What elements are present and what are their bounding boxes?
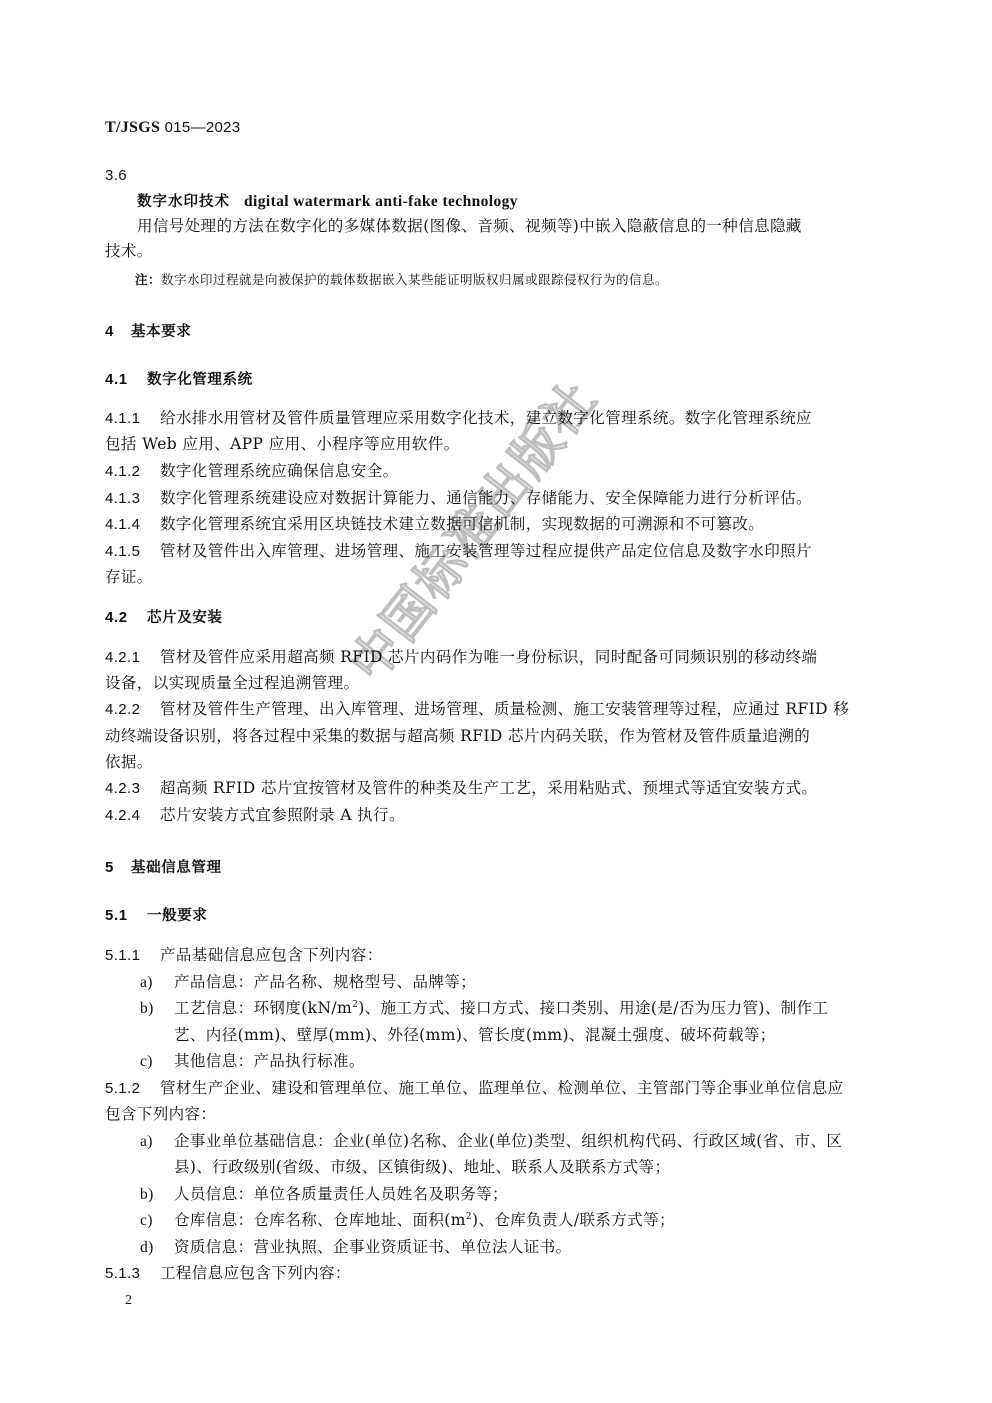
subsection-title: 数字化管理系统 — [147, 372, 253, 388]
clause-text: 给水排水用管材及管件质量管理应采用数字化技术，建立数字化管理系统。数字化管理系统… — [160, 409, 812, 427]
list-text-post: )、施工方式、接口方式、接口类别、用途(是/否为压力管)、制作工 — [358, 999, 828, 1017]
clause-5-1-2: 5.1.2管材生产企业、建设和管理单位、施工单位、监理单位、检测单位、主管部门等… — [105, 1078, 844, 1099]
clause-number: 4.2.4 — [105, 806, 160, 826]
clause-5-1-2-cont: 包含下列内容： — [105, 1104, 216, 1124]
clause-text: 工程信息应包含下列内容： — [160, 1264, 351, 1282]
clause-4-2-1-cont: 设备，以实现质量全过程追溯管理。 — [105, 673, 359, 693]
subsection-number: 5.1 — [105, 906, 147, 926]
clause-4-1-5-cont: 存证。 — [105, 567, 153, 587]
term-definition-line1: 用信号处理的方法在数字化的多媒体数据(图像、音频、视频等)中嵌入隐蔽信息的一种信… — [137, 216, 802, 236]
clause-text: 管材及管件出入库管理、进场管理、施工安装管理等过程应提供产品定位信息及数字水印照… — [160, 542, 812, 560]
subsection-title: 芯片及安装 — [147, 610, 223, 626]
clause-number: 5.1.2 — [105, 1079, 160, 1099]
standard-prefix: T/JSGS — [105, 119, 160, 136]
list-text: 人员信息：单位各质量责任人员姓名及职务等； — [174, 1185, 508, 1203]
list-marker: c) — [140, 1052, 174, 1072]
list-item-5-1-2-a: a)企事业单位基础信息：企业(单位)名称、企业(单位)类型、组织机构代码、行政区… — [140, 1131, 842, 1152]
clause-number: 4.2.2 — [105, 700, 160, 720]
list-marker: a) — [140, 973, 174, 993]
list-item-5-1-1-b-cont: 艺、内径(mm)、壁厚(mm)、外径(mm)、管长度(mm)、混凝土强度、破坏荷… — [174, 1025, 776, 1045]
clause-number: 4.2.1 — [105, 648, 160, 668]
clause-4-1-4: 4.1.4数字化管理系统宜采用区块链技术建立数据可信机制，实现数据的可溯源和不可… — [105, 514, 764, 535]
section-heading-5: 5基础信息管理 — [105, 858, 222, 878]
clause-4-1-2: 4.1.2数字化管理系统应确保信息安全。 — [105, 461, 399, 482]
list-marker: a) — [140, 1132, 174, 1152]
clause-4-2-1: 4.2.1管材及管件应采用超高频 RFID 芯片内码作为唯一身份标识，同时配备可… — [105, 647, 817, 668]
clause-number: 4.1.2 — [105, 462, 160, 482]
page-number: 2 — [125, 1293, 132, 1309]
clause-number: 5.1.3 — [105, 1264, 160, 1284]
subsection-heading-4-1: 4.1数字化管理系统 — [105, 370, 253, 390]
clause-text: 管材生产企业、建设和管理单位、施工单位、监理单位、检测单位、主管部门等企事业单位… — [160, 1079, 844, 1097]
term-en: digital watermark anti-fake technology — [244, 193, 518, 210]
clause-text: 数字化管理系统应确保信息安全。 — [160, 462, 399, 480]
clause-5-1-1: 5.1.1产品基础信息应包含下列内容： — [105, 945, 383, 966]
standard-number: 015—2023 — [165, 119, 241, 136]
document-page: 中国标准出版社 T/JSGS 015—2023 3.6 数字水印技术digita… — [0, 0, 992, 1403]
clause-text: 超高频 RFID 芯片宜按管材及管件的种类及生产工艺，采用粘贴式、预埋式等适宜安… — [160, 779, 817, 797]
clause-4-2-4: 4.2.4芯片安装方式宜参照附录 A 执行。 — [105, 805, 405, 826]
list-item-5-1-1-a: a)产品信息：产品名称、规格型号、品牌等； — [140, 972, 476, 993]
list-item-5-1-2-a-cont: 县)、行政级别(省级、市级、区镇街级)、地址、联系人及联系方式等； — [174, 1157, 670, 1177]
clause-4-2-2-cont2: 依据。 — [105, 752, 153, 772]
subsection-title: 一般要求 — [147, 908, 207, 924]
list-text-pre: 仓库信息：仓库名称、仓库地址、面积(m — [174, 1211, 466, 1229]
list-text-post: )、仓库负责人/联系方式等； — [472, 1211, 675, 1229]
subsection-heading-4-2: 4.2芯片及安装 — [105, 608, 223, 628]
clause-number: 5.1.1 — [105, 946, 160, 966]
list-text: 其他信息：产品执行标准。 — [174, 1052, 365, 1070]
clause-text: 数字化管理系统建设应对数据计算能力、通信能力、存储能力、安全保障能力进行分析评估… — [160, 489, 812, 507]
note-label: 注： — [135, 272, 161, 287]
subsection-number: 4.1 — [105, 370, 147, 390]
section-heading-4: 4基本要求 — [105, 322, 191, 342]
subsection-heading-5-1: 5.1一般要求 — [105, 906, 207, 926]
clause-4-1-1: 4.1.1给水排水用管材及管件质量管理应采用数字化技术，建立数字化管理系统。数字… — [105, 408, 812, 429]
clause-number: 4.1.5 — [105, 542, 160, 562]
clause-4-1-3: 4.1.3数字化管理系统建设应对数据计算能力、通信能力、存储能力、安全保障能力进… — [105, 488, 812, 509]
clause-5-1-3: 5.1.3工程信息应包含下列内容： — [105, 1263, 351, 1284]
term-number: 3.6 — [105, 166, 127, 186]
clause-text: 产品基础信息应包含下列内容： — [160, 946, 383, 964]
clause-4-1-1-cont: 包括 Web 应用、APP 应用、小程序等应用软件。 — [105, 434, 460, 454]
clause-number: 4.1.1 — [105, 409, 160, 429]
list-marker: d) — [140, 1238, 174, 1258]
clause-4-2-3: 4.2.3超高频 RFID 芯片宜按管材及管件的种类及生产工艺，采用粘贴式、预埋… — [105, 778, 817, 799]
clause-4-2-2-cont1: 动终端设备识别，将各过程中采集的数据与超高频 RFID 芯片内码关联，作为管材及… — [105, 726, 810, 746]
clause-4-1-5: 4.1.5管材及管件出入库管理、进场管理、施工安装管理等过程应提供产品定位信息及… — [105, 541, 812, 562]
section-number: 5 — [105, 858, 131, 878]
term-note: 注：数字水印过程就是向被保护的载体数据嵌入某些能证明版权归属或跟踪侵权行为的信息… — [135, 270, 668, 290]
list-item-5-1-2-b: b)人员信息：单位各质量责任人员姓名及职务等； — [140, 1184, 508, 1205]
list-text: 产品信息：产品名称、规格型号、品牌等； — [174, 973, 476, 991]
list-marker: c) — [140, 1211, 174, 1231]
list-item-5-1-1-c: c)其他信息：产品执行标准。 — [140, 1051, 365, 1072]
list-item-5-1-2-d: d)资质信息：营业执照、企事业资质证书、单位法人证书。 — [140, 1237, 572, 1258]
term-zh: 数字水印技术 — [137, 194, 230, 210]
section-title: 基本要求 — [131, 324, 191, 340]
section-number: 4 — [105, 322, 131, 342]
clause-4-2-2: 4.2.2管材及管件生产管理、出入库管理、进场管理、质量检测、施工安装管理等过程… — [105, 699, 849, 720]
clause-text: 芯片安装方式宜参照附录 A 执行。 — [160, 806, 405, 824]
clause-number: 4.1.3 — [105, 489, 160, 509]
clause-number: 4.2.3 — [105, 779, 160, 799]
clause-text: 数字化管理系统宜采用区块链技术建立数据可信机制，实现数据的可溯源和不可篡改。 — [160, 515, 764, 533]
list-item-5-1-1-b: b)工艺信息：环钢度(kN/m2)、施工方式、接口方式、接口类别、用途(是/否为… — [140, 998, 828, 1019]
note-text: 数字水印过程就是向被保护的载体数据嵌入某些能证明版权归属或跟踪侵权行为的信息。 — [161, 272, 668, 287]
subsection-number: 4.2 — [105, 608, 147, 628]
list-text-pre: 工艺信息：环钢度(kN/m — [174, 999, 352, 1017]
term-heading: 数字水印技术digital watermark anti-fake techno… — [137, 191, 518, 212]
list-text: 资质信息：营业执照、企事业资质证书、单位法人证书。 — [174, 1238, 572, 1256]
clause-text: 管材及管件生产管理、出入库管理、进场管理、质量检测、施工安装管理等过程，应通过 … — [160, 700, 849, 718]
list-item-5-1-2-c: c)仓库信息：仓库名称、仓库地址、面积(m2)、仓库负责人/联系方式等； — [140, 1210, 675, 1231]
section-title: 基础信息管理 — [131, 860, 222, 876]
list-text: 企事业单位基础信息：企业(单位)名称、企业(单位)类型、组织机构代码、行政区域(… — [174, 1132, 842, 1150]
term-definition-line2: 技术。 — [105, 241, 153, 261]
list-marker: b) — [140, 999, 174, 1019]
standard-code: T/JSGS 015—2023 — [105, 118, 240, 138]
clause-number: 4.1.4 — [105, 515, 160, 535]
list-marker: b) — [140, 1185, 174, 1205]
clause-text: 管材及管件应采用超高频 RFID 芯片内码作为唯一身份标识，同时配备可同频识别的… — [160, 648, 817, 666]
